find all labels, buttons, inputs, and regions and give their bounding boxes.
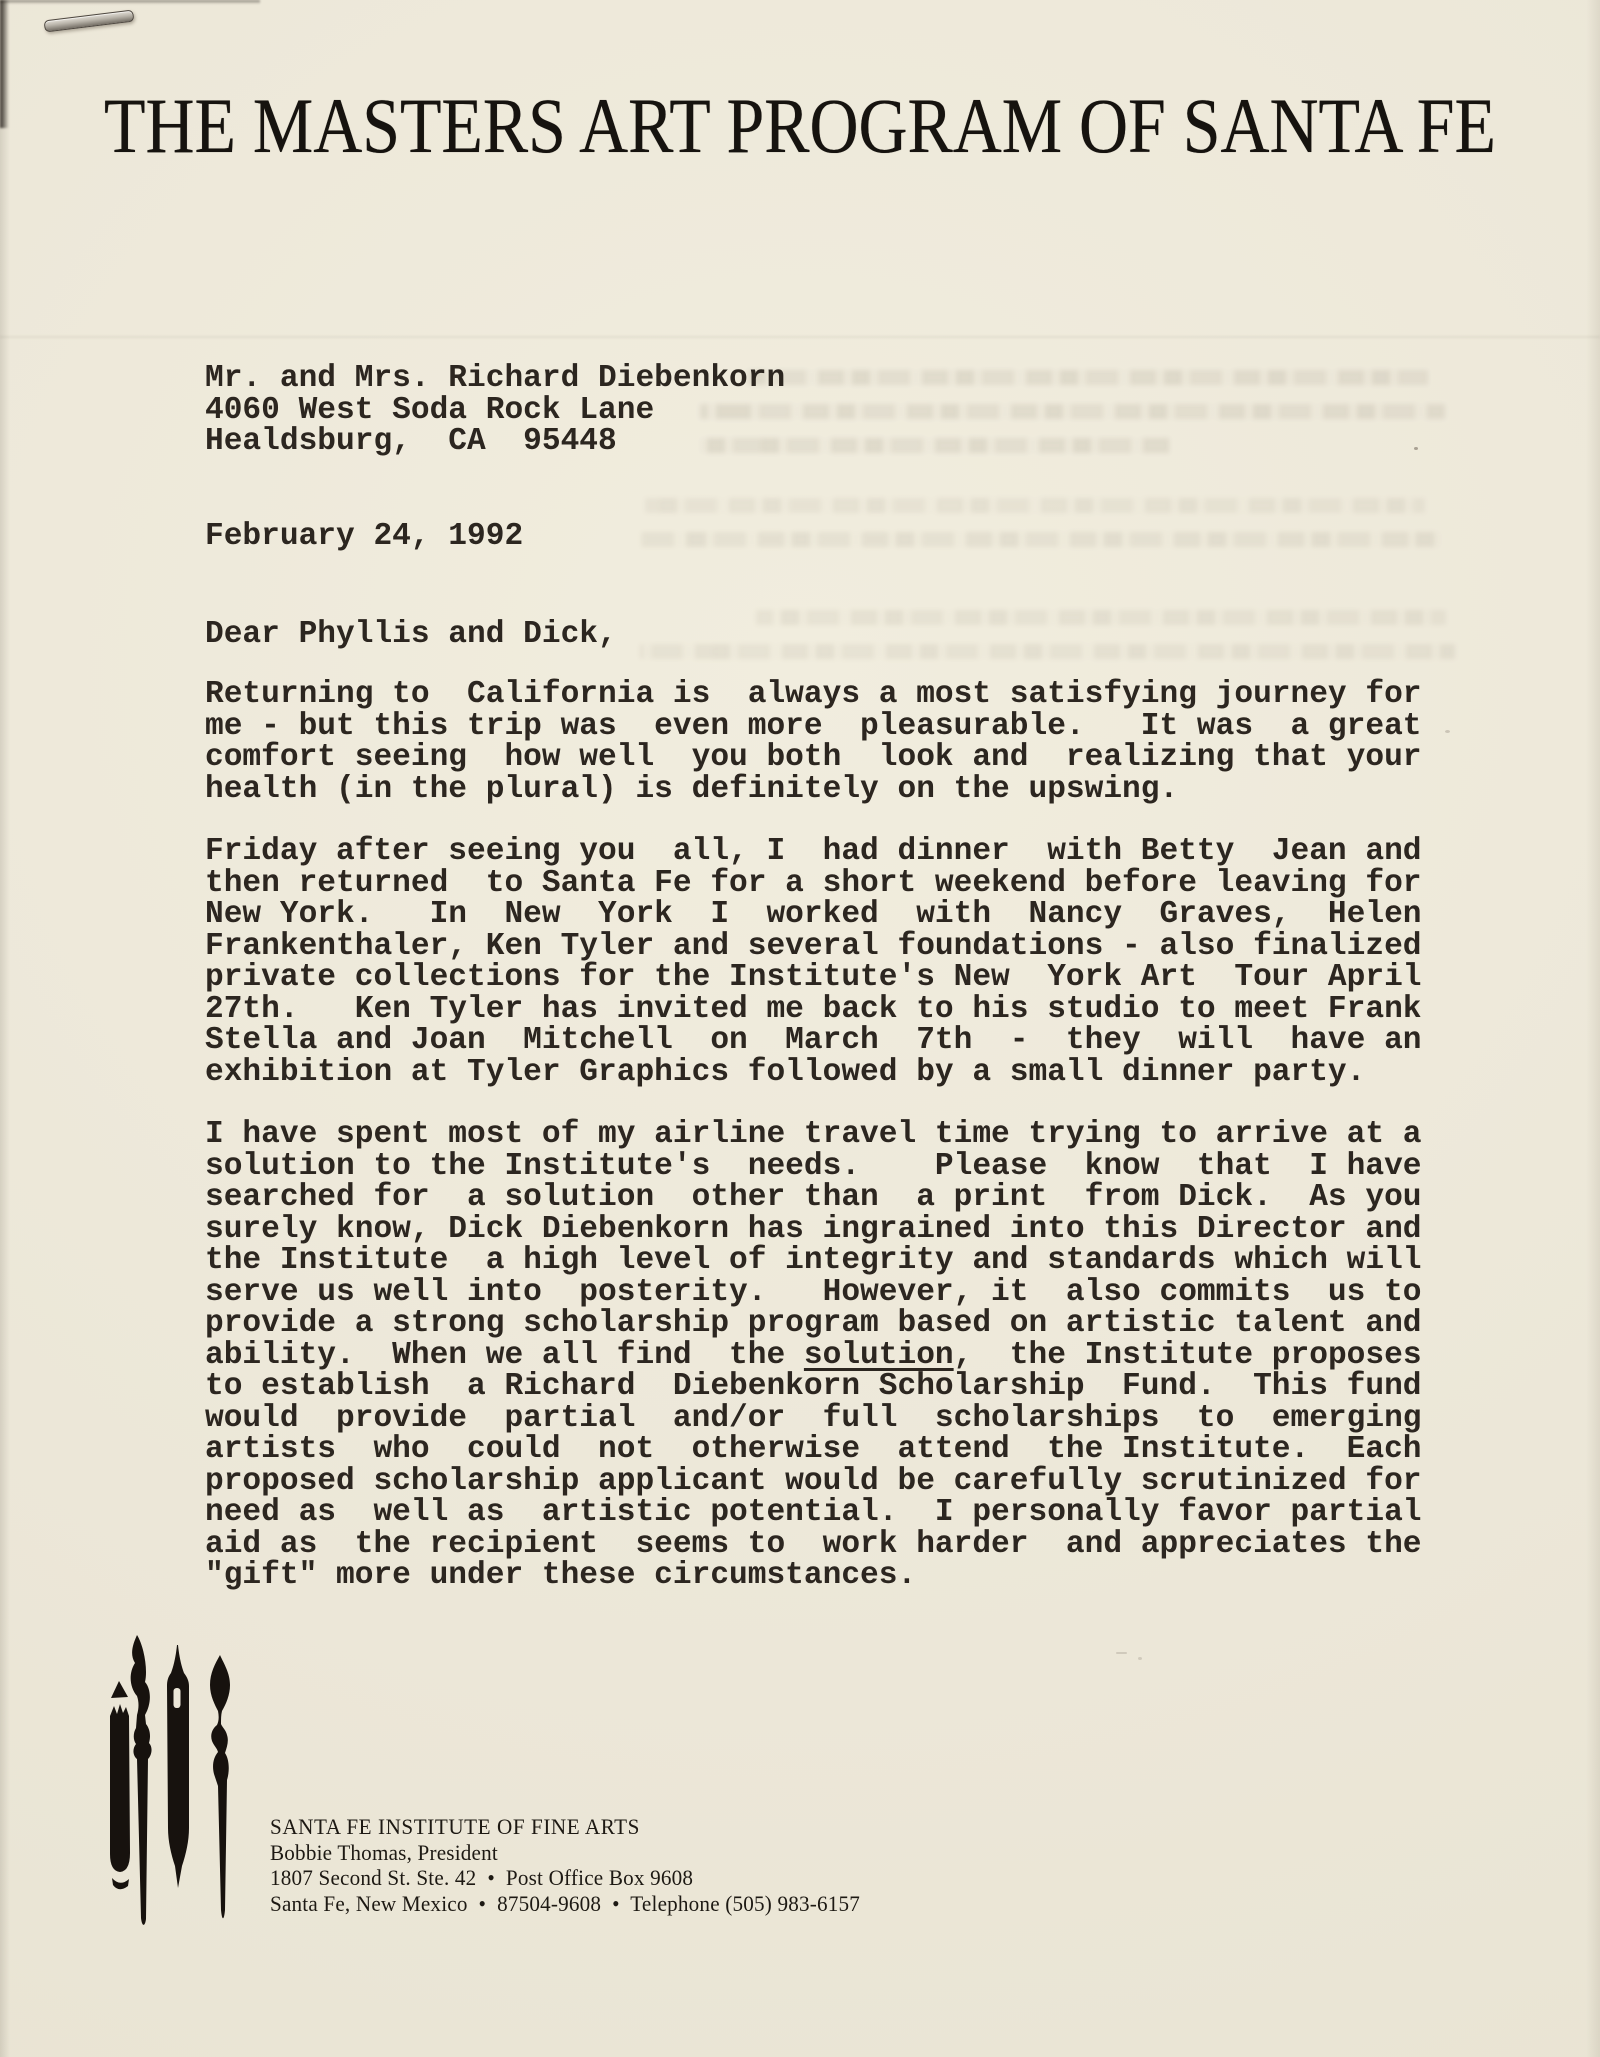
text-line: health (in the plural) is definitely on … bbox=[205, 774, 1422, 806]
text-line: Friday after seeing you all, I had dinne… bbox=[205, 836, 1422, 868]
text-line: 27th. Ken Tyler has invited me back to h… bbox=[205, 994, 1422, 1026]
text-line: Stella and Joan Mitchell on March 7th - … bbox=[205, 1025, 1422, 1057]
text-line: "gift" more under these circumstances. bbox=[205, 1560, 1422, 1592]
bleed-through-line bbox=[640, 644, 1455, 659]
text-line: private collections for the Institute's … bbox=[205, 962, 1422, 994]
toner-speck bbox=[1116, 1652, 1127, 1654]
text-line: I have spent most of my airline travel t… bbox=[205, 1119, 1422, 1151]
text-segment: ability. When we all find the bbox=[205, 1338, 804, 1373]
bleed-through-line bbox=[748, 370, 1428, 385]
art-tools-logo bbox=[90, 1628, 240, 1948]
toner-speck bbox=[1445, 730, 1450, 733]
salutation: Dear Phyllis and Dick, bbox=[205, 619, 617, 651]
text-line: comfort seeing how well you both look an… bbox=[205, 742, 1422, 774]
toner-speck bbox=[1414, 447, 1418, 450]
bleed-through-line bbox=[645, 498, 1425, 513]
text-line: need as well as artistic potential. I pe… bbox=[205, 1497, 1422, 1529]
bleed-through-line bbox=[756, 610, 1446, 625]
letterhead-title-text: THE MASTERS ART PROGRAM OF SANTA FE bbox=[104, 86, 1496, 166]
text-line: SANTA FE INSTITUTE OF FINE ARTS bbox=[270, 1814, 860, 1840]
art-tools-logo-icon bbox=[90, 1628, 240, 1948]
bleed-through-line bbox=[700, 404, 1445, 419]
bleed-through-line bbox=[640, 532, 1440, 547]
text-line: provide a strong scholarship program bas… bbox=[205, 1308, 1422, 1340]
text-line: Mr. and Mrs. Richard Diebenkorn bbox=[205, 363, 785, 395]
text-line: would provide partial and/or full schola… bbox=[205, 1403, 1422, 1435]
letterhead-title: THE MASTERS ART PROGRAM OF SANTA FE bbox=[0, 86, 1600, 166]
text-line: to establish a Richard Diebenkorn Schola… bbox=[205, 1371, 1422, 1403]
paragraph-3: I have spent most of my airline travel t… bbox=[205, 1119, 1422, 1592]
text-line: aid as the recipient seems to work harde… bbox=[205, 1529, 1422, 1561]
scan-edge-shadow-left bbox=[0, 0, 10, 2057]
text-line: New York. In New York I worked with Nanc… bbox=[205, 899, 1422, 931]
text-line: solution to the Institute's needs. Pleas… bbox=[205, 1151, 1422, 1183]
text-line: Returning to California is always a most… bbox=[205, 679, 1422, 711]
staple-icon bbox=[44, 10, 135, 33]
scan-edge-shadow-right bbox=[1586, 0, 1600, 2057]
text-line: the Institute a high level of integrity … bbox=[205, 1245, 1422, 1277]
paragraph-1: Returning to California is always a most… bbox=[205, 679, 1422, 805]
text-line: surely know, Dick Diebenkorn has ingrain… bbox=[205, 1214, 1422, 1246]
paragraph-2: Friday after seeing you all, I had dinne… bbox=[205, 836, 1422, 1088]
toner-speck bbox=[1138, 1657, 1142, 1660]
underlined-word: solution bbox=[804, 1338, 954, 1373]
text-line: 4060 West Soda Rock Lane bbox=[205, 395, 785, 427]
text-line: Healdsburg, CA 95448 bbox=[205, 426, 785, 458]
paper-crease bbox=[0, 336, 1600, 338]
scanned-letter-page: THE MASTERS ART PROGRAM OF SANTA FE Mr. … bbox=[0, 0, 1600, 2057]
text-line: Frankenthaler, Ken Tyler and several fou… bbox=[205, 931, 1422, 963]
text-line: ability. When we all find the solution, … bbox=[205, 1340, 1422, 1372]
text-line: then returned to Santa Fe for a short we… bbox=[205, 868, 1422, 900]
text-line: proposed scholarship applicant would be … bbox=[205, 1466, 1422, 1498]
scan-edge-shadow-top bbox=[0, 0, 260, 4]
text-line: Santa Fe, New Mexico • 87504-9608 • Tele… bbox=[270, 1891, 860, 1917]
text-line: serve us well into posterity. However, i… bbox=[205, 1277, 1422, 1309]
text-line: searched for a solution other than a pri… bbox=[205, 1182, 1422, 1214]
footer-contact-block: SANTA FE INSTITUTE OF FINE ARTSBobbie Th… bbox=[270, 1814, 898, 1916]
text-line: exhibition at Tyler Graphics followed by… bbox=[205, 1057, 1422, 1089]
text-segment: , the Institute proposes bbox=[954, 1338, 1422, 1373]
text-line: artists who could not otherwise attend t… bbox=[205, 1434, 1422, 1466]
recipient-address: Mr. and Mrs. Richard Diebenkorn4060 West… bbox=[205, 363, 785, 458]
text-line: 1807 Second St. Ste. 42 • Post Office Bo… bbox=[270, 1865, 860, 1891]
text-line: Bobbie Thomas, President bbox=[270, 1840, 860, 1866]
text-line: me - but this trip was even more pleasur… bbox=[205, 711, 1422, 743]
letter-date: February 24, 1992 bbox=[205, 521, 523, 553]
